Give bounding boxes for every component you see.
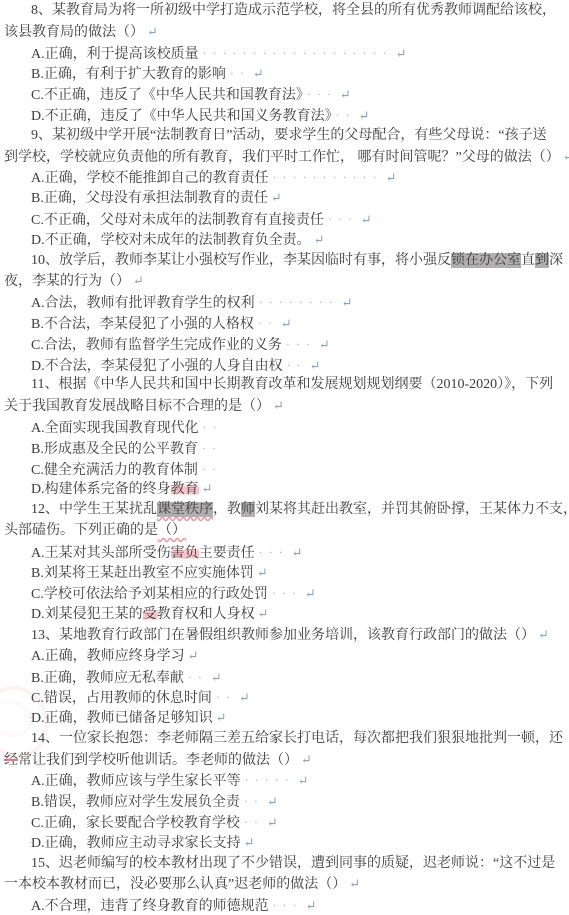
annotated-text-segment: 到: [535, 253, 549, 268]
text-segment: 该县教育局的做法（）: [4, 25, 144, 40]
paragraph-mark-icon: ↵: [271, 190, 282, 205]
text-line: 到学校，学校就应负责他的所有教育，我们平时工作忙， 哪有时间管呢？”父母的做法（…: [4, 147, 569, 168]
text-segment: A.正确，教师应该与学生家长平等: [31, 774, 241, 789]
text-segment: B.刘某将王某赶出教室不应实施体罚: [31, 566, 254, 581]
text-line: 9、某初级中学开展“法制教育日”活动，要求学生的父母配合，有些父母说：“孩子送: [4, 126, 569, 147]
text-line: A.正确，教师应终身学习↵: [4, 646, 569, 667]
text-segment: D.正确，教师已储备足够知识: [31, 711, 213, 726]
text-segment: ，教: [213, 502, 241, 517]
paragraph-mark-icon: ↵: [202, 481, 213, 496]
text-segment: C.学校可依法给予刘某相应的行政处罚: [31, 587, 268, 602]
paragraph-mark-icon: ↵: [342, 295, 353, 310]
text-line: 夜，李某的行为（）↵: [4, 271, 569, 292]
dot-leader: ··: [230, 66, 250, 80]
text-segment: 直: [521, 253, 535, 268]
paragraph-mark-icon: ↵: [244, 835, 255, 850]
paragraph-mark-icon: ↵: [563, 149, 569, 164]
text-line: A.正确，利于提高该校质量···················↵: [4, 43, 569, 64]
text-segment: 一本校本教材而已，没必要那么认真”迟老师的做法（）: [4, 877, 346, 892]
dot-leader: ··: [216, 690, 236, 704]
annotated-text-segment: 经: [4, 753, 18, 768]
text-line: 头部磕伤。下列正确的是（）: [4, 521, 569, 542]
paragraph-mark-icon: ↵: [310, 358, 321, 373]
paragraph-mark-icon: ↵: [298, 773, 309, 788]
text-segment: 常让我们到学校听他训话。李老师的做法（）: [18, 753, 298, 768]
text-segment: 哪有时间管呢？”父母的做法（）: [358, 150, 560, 165]
text-segment: D.构建体系完备的终身: [31, 482, 171, 497]
paragraph-mark-icon: ↵: [211, 670, 222, 685]
text-line: 15、迟老师编写的校本教材出现了不少错误，遭到同事的质疑，迟老师说：“这不过是: [4, 854, 569, 875]
text-line: 11、根据《中华人民共和国中长期教育改革和发展规划规划纲要（2010-2020）…: [4, 375, 569, 396]
text-segment: D.正确，教师应主动寻求家长支持: [31, 836, 241, 851]
text-line: B.形成惠及全民的公平教育··: [4, 438, 569, 459]
text-line: C.合法，教师有监督学生完成作业的义务···↵: [4, 334, 569, 355]
stray-dot-leader: ····: [2, 833, 60, 854]
text-segment: A.合法，教师有批评教育学生的权利: [31, 296, 255, 311]
dot-leader: ··: [203, 420, 223, 434]
annotated-text-segment: 教育: [171, 482, 199, 497]
text-segment: 13、某地教育行政部门在暑假组织教师参加业务培训，该教育行政部门的做法（）: [31, 628, 535, 643]
text-line: 该县教育局的做法（）↵: [4, 22, 569, 43]
text-line: C.错误，占用教师的休息时间··↵: [4, 687, 569, 708]
dot-leader: ··: [244, 815, 264, 829]
text-line: A.不合理，违背了终身教育的师德规范···↵: [4, 895, 569, 915]
dot-leader: ··: [244, 794, 264, 808]
text-segment: 刘某将其赶出教室，并罚其俯卧撑，王某体力不支，: [255, 502, 569, 517]
annotated-text-segment: （）: [158, 523, 186, 538]
text-segment: D.不正确，违反了《中华人民共和国义务教育法》: [31, 109, 332, 124]
text-line: C.不正确，父母对未成年的法制教育有直接责任···↵: [4, 209, 569, 230]
dot-leader: ···: [307, 87, 337, 101]
text-line: D.构建体系完备的终身教育↵: [4, 479, 569, 500]
text-segment: C.合法，教师有监督学生完成作业的义务: [31, 338, 282, 353]
text-segment: 8、某教育局为将一所初级中学打造成示范学校，将全县的所有优秀教师调配给该校，: [31, 3, 556, 18]
paragraph-mark-icon: ↵: [257, 565, 268, 580]
paragraph-mark-icon: ↵: [301, 752, 312, 767]
text-segment: B.正确，教师应无私奉献: [31, 671, 184, 686]
text-line: A.正确，学校不能推卸自己的教育责任···········↵: [4, 167, 569, 188]
text-line: 8、某教育局为将一所初级中学打造成示范学校，将全县的所有优秀教师调配给该校，: [4, 1, 569, 22]
text-segment: C.错误，占用教师的休息时间: [31, 691, 212, 706]
text-segment: C.正确，家长要配合学校教育学校: [31, 816, 240, 831]
annotated-text-segment: 受: [143, 607, 157, 622]
text-segment: C.不正确，违反了《中华人民共和国教育法》: [31, 88, 303, 103]
dot-leader: ··: [287, 358, 307, 372]
paragraph-mark-icon: ↵: [306, 898, 317, 913]
text-line: D.刘某侵犯王某的受教育权和人身权↵: [4, 604, 569, 625]
text-segment: 头部磕伤。下列正确的是: [4, 523, 158, 538]
text-segment: B.不合法，李某侵犯了小强的人格权: [31, 317, 254, 332]
text-segment: A.正确，利于提高该校质量: [31, 47, 199, 62]
text-line: D.不正确，违反了《中华人民共和国义务教育法》··↵: [4, 105, 569, 126]
text-line: B.正确，教师应无私奉献··↵: [4, 667, 569, 688]
text-segment: 教育权和人身权: [157, 607, 255, 622]
text-line: C.学校可依法给予刘某相应的行政处罚···↵: [4, 583, 569, 604]
text-segment: 10、放学后，教师李某让小强校写作业，李某因临时有事，将小强反: [31, 253, 451, 268]
text-segment: B.错误，教师应对学生发展负全责: [31, 795, 240, 810]
text-line: C.正确，家长要配合学校教育学校··↵: [4, 812, 569, 833]
annotated-text-segment: 师: [241, 502, 255, 517]
text-line: A.正确，教师应该与学生家长平等·····↵: [4, 770, 569, 791]
text-segment: A.全面实现我国教育现代化: [31, 421, 199, 436]
text-line: 经常让我们到学校听他训话。李老师的做法（）↵: [4, 750, 569, 771]
dot-leader: ···········: [273, 170, 383, 184]
dot-leader: ···: [272, 586, 302, 600]
text-segment: 12、中学生王某扰乱: [31, 502, 157, 517]
text-segment: A.不合理，违背了终身教育的师德规范: [31, 899, 269, 914]
paragraph-mark-icon: ↵: [267, 815, 278, 830]
paragraph-mark-icon: ↵: [273, 398, 284, 413]
paragraph-mark-icon: ↵: [292, 545, 303, 560]
text-segment: D.刘某侵犯王某的: [31, 607, 143, 622]
paragraph-mark-icon: ↵: [396, 46, 407, 61]
paragraph-mark-icon: ↵: [386, 170, 397, 185]
paragraph-mark-icon: ↵: [359, 108, 370, 123]
text-line: ····D.正确，教师应主动寻求家长支持↵: [4, 833, 569, 854]
text-line: 13、某地教育行政部门在暑假组织教师参加业务培训，该教育行政部门的做法（）↵: [4, 625, 569, 646]
dot-leader: ··: [258, 316, 278, 330]
stray-dot-leader: ···: [2, 708, 52, 729]
dot-leader: ···: [286, 337, 316, 351]
dot-leader: ········: [259, 295, 339, 309]
text-segment: 11、根据《中华人民共和国中长期教育改革和发展规划规划纲要（2010-2020）…: [31, 377, 553, 392]
text-line: D.不合法，李某侵犯了小强的人身自由权··↵: [4, 355, 569, 376]
text-line: 14、一位家长抱怨：李老师隔三差五给家长打电话，每次都把我们狠狠地批判一顿，还: [4, 729, 569, 750]
text-line: B.正确，有利于扩大教育的影响··↵: [4, 63, 569, 84]
text-segment: D.不合法，李某侵犯了小强的人身自由权: [31, 359, 283, 374]
text-segment: 15、迟老师编写的校本教材出现了不少错误，遭到同事的质疑，迟老师说：“这不过是: [31, 856, 555, 871]
text-line: A.全面实现我国教育现代化··: [4, 417, 569, 438]
annotated-text-segment: 课堂秩序: [157, 502, 213, 517]
text-line: B.不合法，李某侵犯了小强的人格权··↵: [4, 313, 569, 334]
dot-leader: ··: [188, 670, 208, 684]
annotated-text-segment: 锁在办公室: [451, 253, 521, 268]
paragraph-mark-icon: ↵: [340, 87, 351, 102]
dot-leader: ·····: [245, 773, 295, 787]
dot-leader: ···················: [203, 46, 393, 60]
text-line: C.健全充满活力的教育体制··: [4, 459, 569, 480]
text-segment: B.正确，父母没有承担法制教育的责任: [31, 191, 268, 206]
text-line: 12、中学生王某扰乱课堂秩序，教师刘某将其赶出教室，并罚其俯卧撑，王某体力不支，: [4, 500, 569, 521]
paragraph-mark-icon: ↵: [147, 24, 158, 39]
text-segment: A.正确，教师应终身学习: [31, 649, 185, 664]
text-line: 关于我国教育发展战略目标不合理的是（）↵: [4, 396, 569, 417]
paragraph-mark-icon: ↵: [314, 232, 325, 247]
text-line: 10、放学后，教师李某让小强校写作业，李某因临时有事，将小强反锁在办公室直到深: [4, 251, 569, 272]
paragraph-mark-icon: ↵: [258, 606, 269, 621]
text-segment: D.不正确，学校对未成年的法制教育负全责。: [31, 233, 311, 248]
annotated-text-segment: 害负: [171, 546, 199, 561]
paragraph-mark-icon: ↵: [281, 316, 292, 331]
text-line: A.合法，教师有批评教育学生的权利········↵: [4, 292, 569, 313]
text-line: B.正确，父母没有承担法制教育的责任↵: [4, 188, 569, 209]
text-segment: 9、某初级中学开展“法制教育日”活动，要求学生的父母配合，有些父母说：“孩子送: [31, 128, 547, 143]
paragraph-mark-icon: ↵: [239, 690, 250, 705]
dot-leader: ···: [328, 212, 358, 226]
paragraph-mark-icon: ↵: [319, 337, 330, 352]
text-segment: C.不正确，父母对未成年的法制教育有直接责任: [31, 213, 324, 228]
paragraph-mark-icon: ↵: [133, 273, 144, 288]
dot-leader: ···: [259, 545, 289, 559]
paragraph-mark-icon: ↵: [538, 627, 549, 642]
paragraph-mark-icon: ↵: [267, 794, 278, 809]
paragraph-mark-icon: ↵: [361, 212, 372, 227]
dot-leader: ··: [202, 462, 222, 476]
dot-leader: ··: [336, 108, 356, 122]
paragraph-mark-icon: ↵: [349, 876, 360, 891]
paragraph-mark-icon: ↵: [188, 648, 199, 663]
text-line: D.不正确，学校对未成年的法制教育负全责。↵: [4, 230, 569, 251]
text-segment: A.正确，学校不能推卸自己的教育责任: [31, 171, 269, 186]
text-segment: 主要责任: [199, 546, 255, 561]
text-line: B.错误，教师应对学生发展负全责··↵: [4, 791, 569, 812]
text-line: ···D.正确，教师已储备足够知识↵: [4, 708, 569, 729]
text-line: B.刘某将王某赶出教室不应实施体罚↵: [4, 563, 569, 584]
text-segment: 14、一位家长抱怨：李老师隔三差五给家长打电话，每次都把我们狠狠地批判一顿，还: [31, 731, 563, 746]
text-line: A.王某对其头部所受伤害负主要责任···↵: [4, 542, 569, 563]
text-segment: 深: [549, 253, 563, 268]
text-segment: A.王某对其头部所受伤: [31, 546, 171, 561]
text-segment: 关于我国教育发展战略目标不合理的是（）: [4, 399, 270, 414]
text-segment: B.形成惠及全民的公平教育: [31, 442, 198, 457]
paragraph-mark-icon: ↵: [253, 66, 264, 81]
paragraph-mark-icon: ↵: [305, 586, 316, 601]
dot-leader: ··: [202, 441, 222, 455]
text-line: 一本校本教材而已，没必要那么认真”迟老师的做法（）↵: [4, 874, 569, 895]
text-segment: B.正确，有利于扩大教育的影响: [31, 67, 226, 82]
dot-leader: ···: [273, 898, 303, 912]
exam-document-page: 8、某教育局为将一所初级中学打造成示范学校，将全县的所有优秀教师调配给该校，该县…: [0, 0, 569, 915]
text-segment: 夜，李某的行为（）: [4, 274, 130, 289]
text-segment: 到学校，学校就应负责他的所有教育，我们平时工作忙，: [4, 150, 354, 165]
text-segment: C.健全充满活力的教育体制: [31, 463, 198, 478]
text-line: C.不正确，违反了《中华人民共和国教育法》···↵: [4, 84, 569, 105]
paragraph-mark-icon: ↵: [216, 710, 227, 725]
